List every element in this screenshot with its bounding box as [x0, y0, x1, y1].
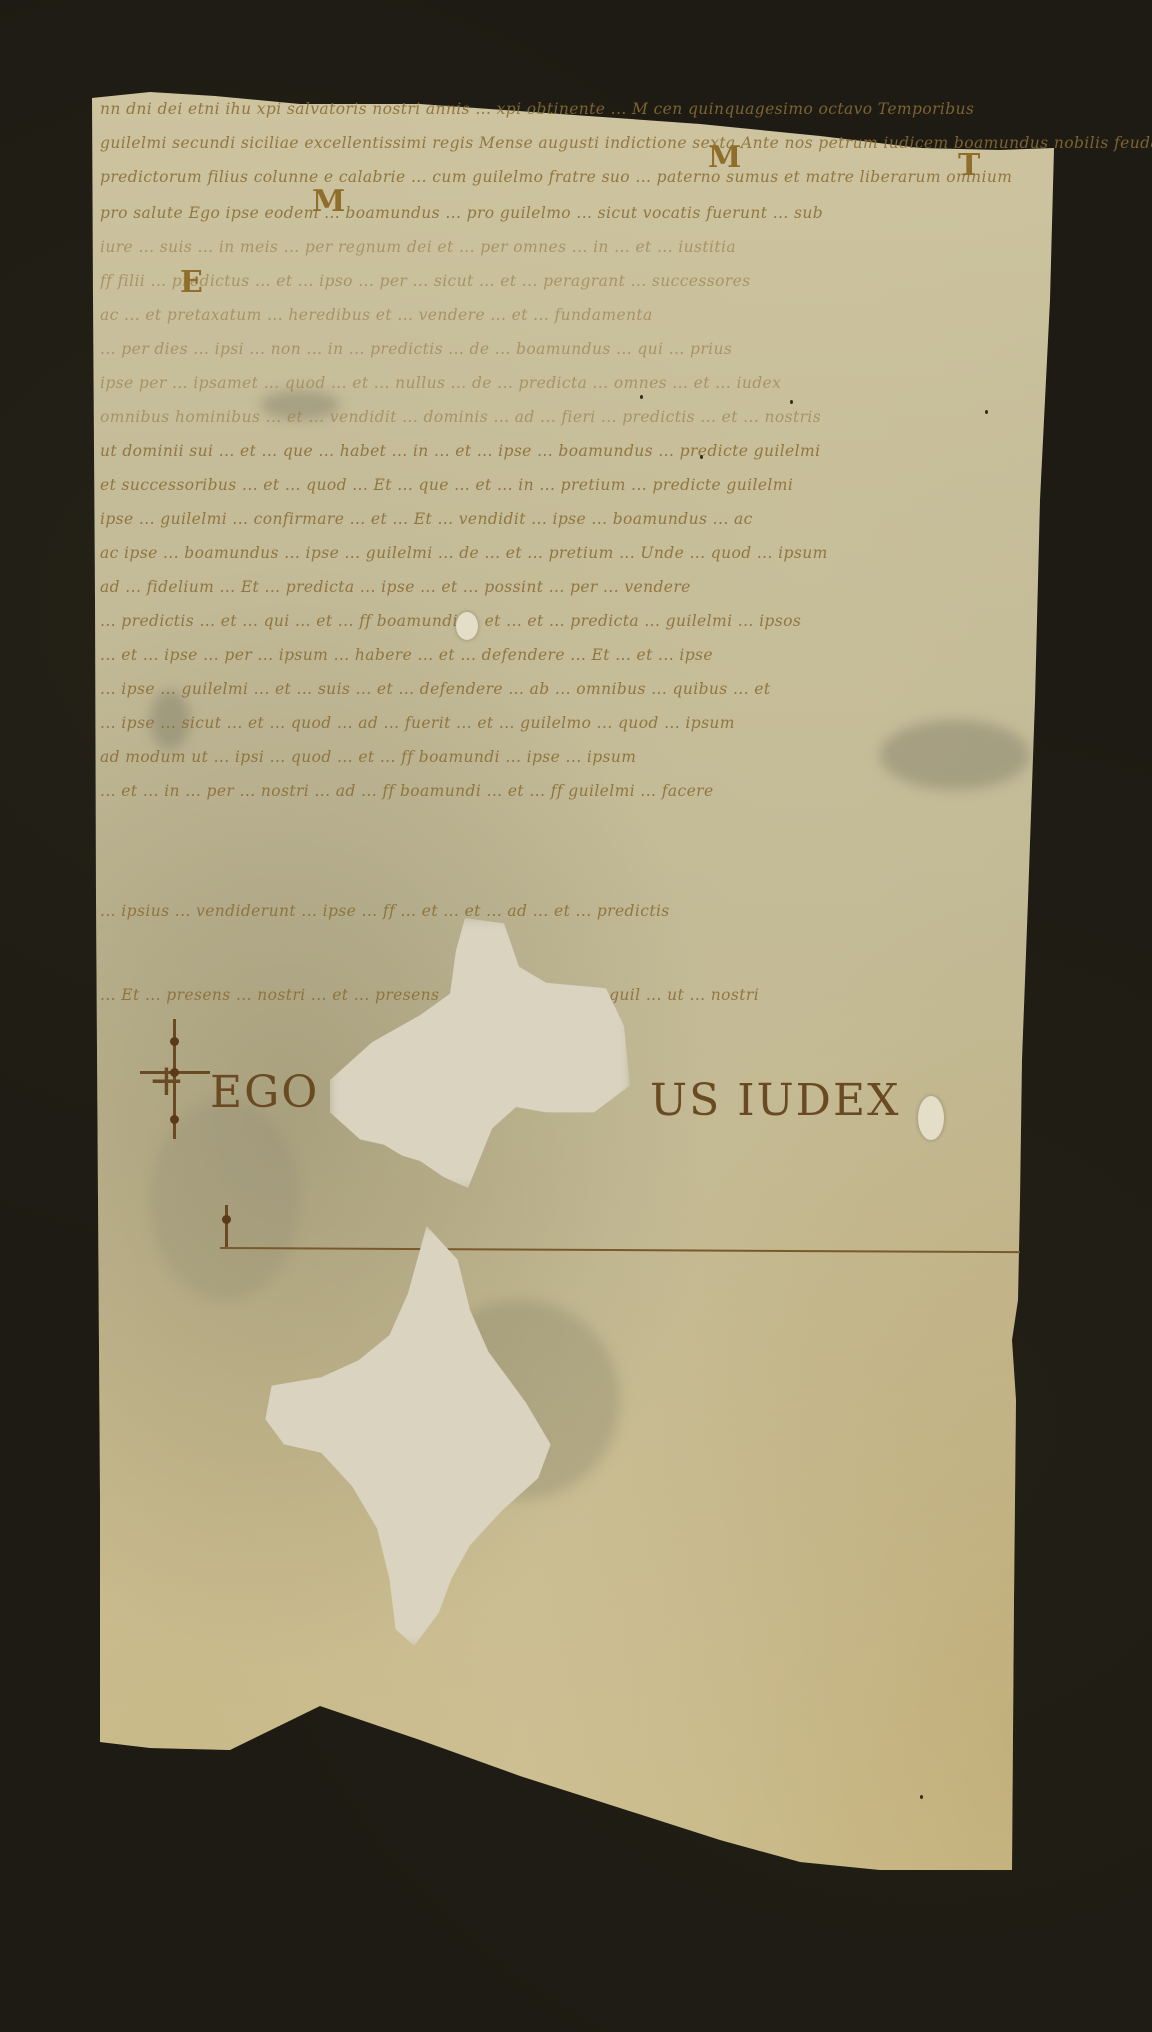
text-line: iure ... suis ... in meis ... per regnum…	[100, 238, 736, 256]
text-line: guilelmi secundi siciliae excellentissim…	[100, 134, 1152, 152]
text-line: ipse per ... ipsamet ... quod ... et ...…	[100, 374, 781, 392]
text-line: ... et ... ipse ... per ... ipsum ... ha…	[100, 646, 713, 664]
initial-m: M	[708, 140, 741, 175]
parchment-hole	[456, 612, 478, 640]
ink-speck	[985, 410, 988, 414]
text-line: ut dominii sui ... et ... que ... habet …	[100, 442, 820, 460]
text-line: et successoribus ... et ... quod ... Et …	[100, 476, 793, 494]
text-line: ac ... et pretaxatum ... heredibus et ..…	[100, 306, 653, 324]
initial-e: E	[180, 265, 203, 300]
signature-name: US IUDEX	[650, 1075, 900, 1126]
stain	[880, 720, 1030, 790]
initial-m: M	[312, 184, 345, 219]
text-line: ... et ... in ... per ... nostri ... ad …	[100, 782, 714, 800]
initial-t: T	[958, 148, 980, 183]
ink-speck	[640, 395, 643, 399]
text-line: ... predictis ... et ... qui ... et ... …	[100, 612, 801, 630]
text-line: predictorum filius colunne e calabrie ..…	[100, 168, 1012, 186]
text-line: ... per dies ... ipsi ... non ... in ...…	[100, 340, 732, 358]
signature-cross: +	[148, 1055, 187, 1106]
text-line: ... ipse ... sicut ... et ... quod ... a…	[100, 714, 735, 732]
text-line: ac ipse ... boamundus ... ipse ... guile…	[100, 544, 828, 562]
text-line: ipse ... guilelmi ... confirmare ... et …	[100, 510, 753, 528]
ink-speck	[700, 455, 703, 459]
cross-dot	[170, 1115, 179, 1124]
text-line: omnibus hominibus ... et ... vendidit ..…	[100, 408, 821, 426]
signum-dot	[222, 1215, 231, 1224]
signum-stroke	[225, 1205, 228, 1247]
text-line: ... ipsius ... vendiderunt ... ipse ... …	[100, 902, 670, 920]
ink-speck	[920, 1795, 923, 1799]
signature-ego: EGO	[210, 1067, 319, 1118]
text-line: ad modum ut ... ipsi ... quod ... et ...…	[100, 748, 636, 766]
text-line: ... ipse ... guilelmi ... et ... suis ..…	[100, 680, 770, 698]
text-line: nn dni dei etni ihu xpi salvatoris nostr…	[100, 100, 974, 118]
signature-line	[220, 1247, 1020, 1253]
text-line: ... Et ... presens ... nostri ... et ...…	[100, 986, 759, 1004]
cross-dot	[170, 1037, 179, 1046]
ink-speck	[790, 400, 793, 404]
text-line: pro salute Ego ipse eodem ... boamundus …	[100, 204, 823, 222]
text-line: ad ... fidelium ... Et ... predicta ... …	[100, 578, 691, 596]
